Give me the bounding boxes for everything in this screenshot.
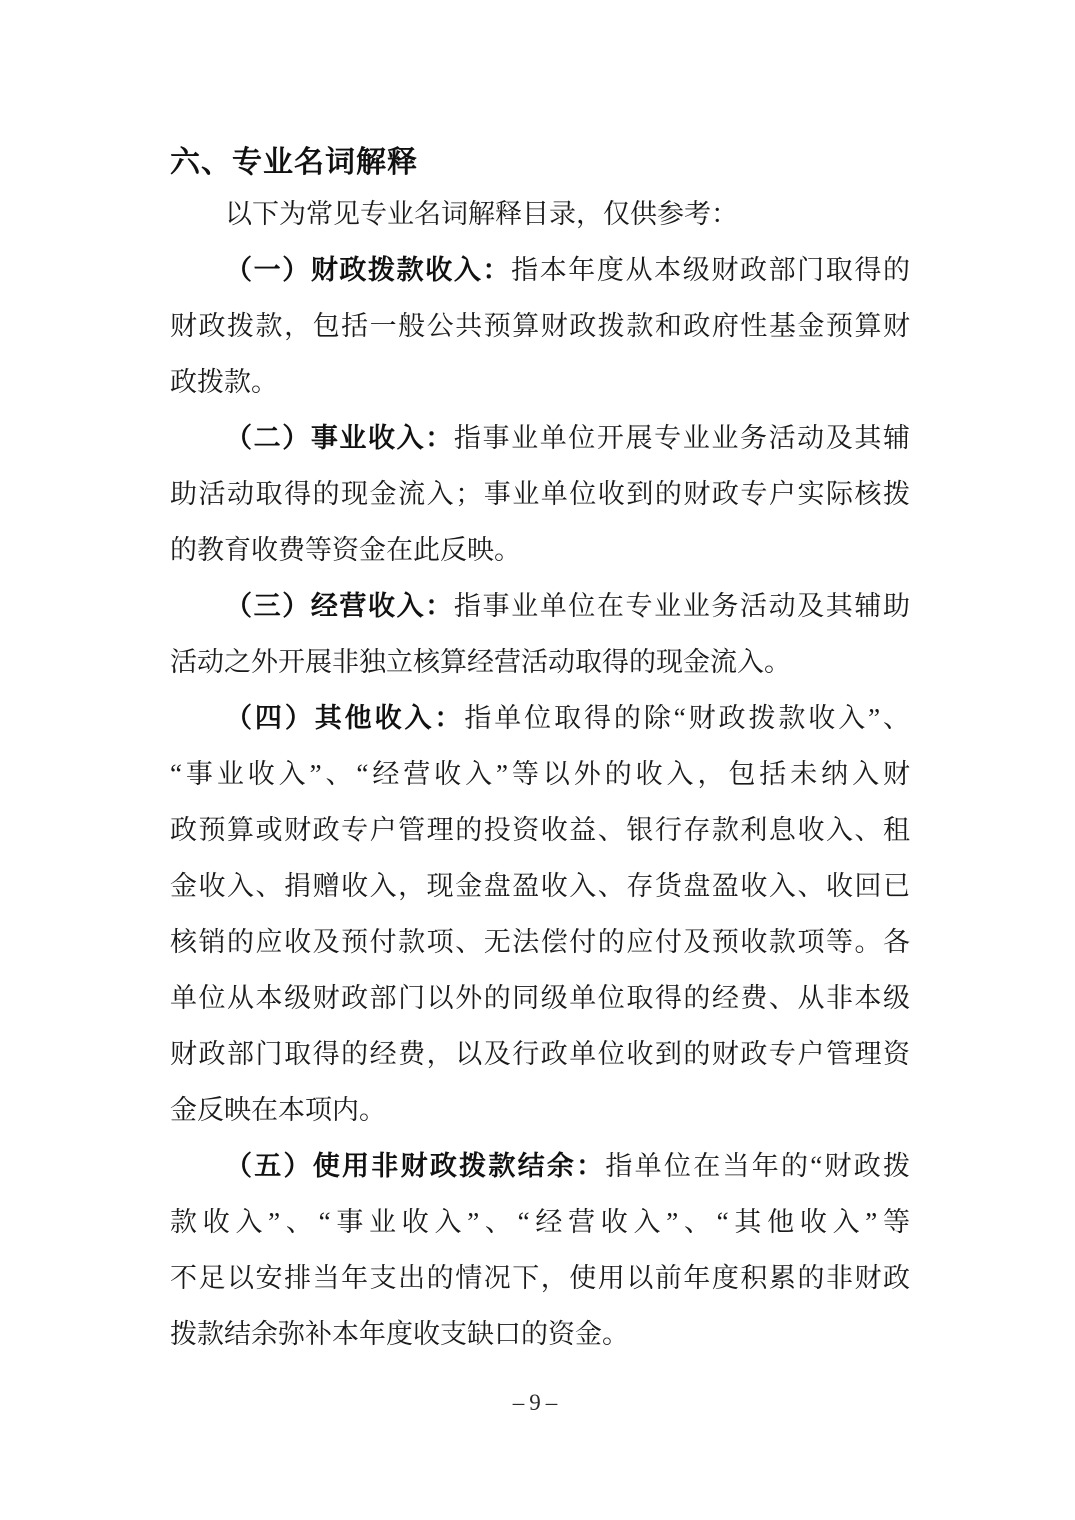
text-line: 金收入、捐赠收入，现金盘盈收入、存货盘盈收入、收回已: [170, 858, 910, 914]
line-text: 政预算或财政专户管理的投资收益、银行存款利息收入、租: [170, 815, 910, 845]
line-text: 财政拨款，包括一般公共预算财政拨款和政府性基金预算财: [170, 311, 910, 341]
text-line: 金反映在本项内。: [170, 1082, 910, 1138]
text-line: 助活动取得的现金流入；事业单位收到的财政专户实际核拨: [170, 466, 910, 522]
text-line: 不足以安排当年支出的情况下，使用以前年度积累的非财政: [170, 1250, 910, 1306]
text-line: 核销的应收及预付款项、无法偿付的应付及预收款项等。各: [170, 914, 910, 970]
line-text: 助活动取得的现金流入；事业单位收到的财政专户实际核拨: [170, 479, 910, 509]
line-text: 政拨款。: [170, 367, 278, 397]
page-number: –9–: [0, 1390, 1075, 1416]
term-bold: （四）其他收入：: [225, 703, 464, 733]
text-line: “事业收入”、“经营收入”等以外的收入，包括未纳入财: [170, 746, 910, 802]
line-text: 金反映在本项内。: [170, 1095, 386, 1125]
text-line: 财政部门取得的经费，以及行政单位收到的财政专户管理资: [170, 1026, 910, 1082]
line-text: 不足以安排当年支出的情况下，使用以前年度积累的非财政: [170, 1263, 910, 1293]
term-bold: （三）经营收入：: [225, 591, 454, 621]
line-text: 单位从本级财政部门以外的同级单位取得的经费、从非本级: [170, 983, 910, 1013]
line-text: 财政部门取得的经费，以及行政单位收到的财政专户管理资: [170, 1039, 910, 1069]
text-line: 的教育收费等资金在此反映。: [170, 522, 910, 578]
text-line: 政预算或财政专户管理的投资收益、银行存款利息收入、租: [170, 802, 910, 858]
line-text: “事业收入”、“经营收入”等以外的收入，包括未纳入财: [170, 759, 910, 789]
text-line: 以下为常见专业名词解释目录，仅供参考：: [170, 186, 910, 242]
text-line: 活动之外开展非独立核算经营活动取得的现金流入。: [170, 634, 910, 690]
line-text: 款收入”、“事业收入”、“经营收入”、“其他收入”等: [170, 1207, 910, 1237]
text-line: 政拨款。: [170, 354, 910, 410]
line-text: 指单位在当年的“财政拨: [605, 1151, 910, 1181]
line-text: 指事业单位开展专业业务活动及其辅: [454, 423, 910, 453]
text-line: 单位从本级财政部门以外的同级单位取得的经费、从非本级: [170, 970, 910, 1026]
text-line: （四）其他收入：指单位取得的除“财政拨款收入”、: [170, 690, 910, 746]
text-line: （五）使用非财政拨款结余：指单位在当年的“财政拨: [170, 1138, 910, 1194]
text-line: （二）事业收入：指事业单位开展专业业务活动及其辅: [170, 410, 910, 466]
text-line: 财政拨款，包括一般公共预算财政拨款和政府性基金预算财: [170, 298, 910, 354]
text-line: 拨款结余弥补本年度收支缺口的资金。: [170, 1306, 910, 1362]
document-content: 六、专业名词解释 以下为常见专业名词解释目录，仅供参考： （一）财政拨款收入：指…: [170, 140, 910, 1362]
line-text: 金收入、捐赠收入，现金盘盈收入、存货盘盈收入、收回已: [170, 871, 910, 901]
line-text: 指事业单位在专业业务活动及其辅助: [454, 591, 910, 621]
line-text: 拨款结余弥补本年度收支缺口的资金。: [170, 1319, 629, 1349]
line-text: 以下为常见专业名词解释目录，仅供参考：: [225, 199, 738, 229]
term-bold: （五）使用非财政拨款结余：: [225, 1151, 605, 1181]
line-text: 指单位取得的除“财政拨款收入”、: [464, 703, 910, 733]
line-text: 活动之外开展非独立核算经营活动取得的现金流入。: [170, 647, 791, 677]
term-bold: （二）事业收入：: [225, 423, 454, 453]
line-text: 核销的应收及预付款项、无法偿付的应付及预收款项等。各: [170, 927, 910, 957]
text-line: （一）财政拨款收入：指本年度从本级财政部门取得的: [170, 242, 910, 298]
line-text: 的教育收费等资金在此反映。: [170, 535, 521, 565]
text-line: 款收入”、“事业收入”、“经营收入”、“其他收入”等: [170, 1194, 910, 1250]
line-text: 指本年度从本级财政部门取得的: [511, 255, 910, 285]
text-line: （三）经营收入：指事业单位在专业业务活动及其辅助: [170, 578, 910, 634]
term-bold: （一）财政拨款收入：: [225, 255, 511, 285]
document-page: 六、专业名词解释 以下为常见专业名词解释目录，仅供参考： （一）财政拨款收入：指…: [0, 0, 1075, 1520]
section-heading: 六、专业名词解释: [170, 140, 910, 186]
